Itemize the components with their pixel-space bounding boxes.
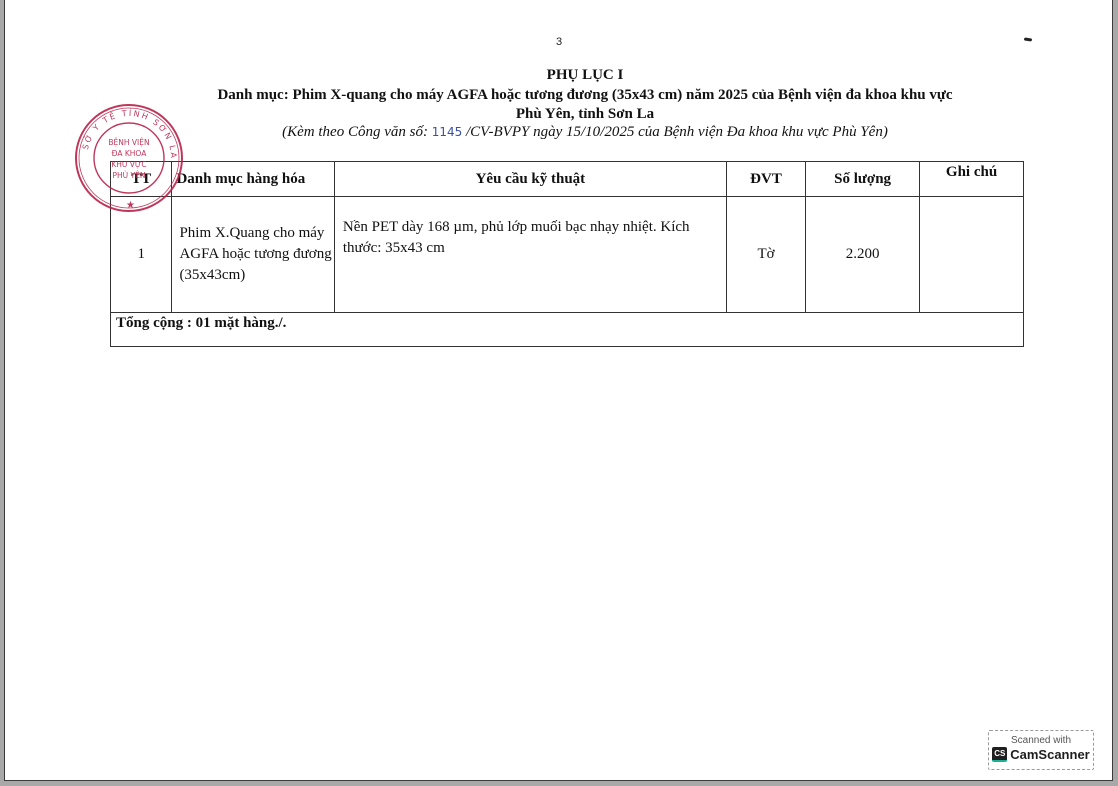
hospital-seal-stamp: SỞ Y TẾ TỈNH SƠN LA BỆNH VIỆN ĐA KHOA KH… — [74, 103, 184, 213]
subtitle-text: : Phim X-quang cho máy AGFA hoặc tương đ… — [284, 87, 953, 103]
goods-table: TT Danh mục hàng hóa Yêu cầu kỹ thuật ĐV… — [110, 161, 1024, 347]
cell-note — [920, 197, 1024, 313]
camscanner-brand: CS CamScanner — [989, 747, 1093, 762]
camscanner-name: CamScanner — [1010, 747, 1089, 762]
table-row: 1 Phim X.Quang cho máy AGFA hoặc tương đ… — [111, 197, 1024, 313]
reference-suffix: /CV-BVPY ngày 15/10/2025 của Bệnh viện Đ… — [462, 124, 888, 140]
header-spec: Yêu cầu kỹ thuật — [334, 162, 726, 197]
stamp-line-2: ĐA KHOA — [112, 149, 148, 158]
camscanner-watermark: Scanned with CS CamScanner — [988, 730, 1094, 770]
header-quantity: Số lượng — [806, 162, 920, 197]
scanned-with-label: Scanned with — [989, 735, 1093, 746]
header-note: Ghi chú — [920, 162, 1024, 197]
page-number: 3 — [0, 36, 1118, 48]
stamp-line-3: KHU VỰC — [111, 160, 146, 169]
cell-spec: Nền PET dày 168 µm, phủ lớp muối bạc nhạ… — [334, 197, 726, 313]
cell-tt: 1 — [111, 197, 172, 313]
stamp-line-1: BỆNH VIỆN — [108, 138, 149, 147]
total-text: Tổng cộng : 01 mặt hàng./. — [111, 313, 1024, 347]
reference-prefix: (Kèm theo Công văn số: — [282, 124, 432, 140]
table-header-row: TT Danh mục hàng hóa Yêu cầu kỹ thuật ĐV… — [111, 162, 1024, 197]
subtitle-line2: Phù Yên, tỉnh Sơn La — [516, 106, 654, 122]
cell-goods: Phim X.Quang cho máy AGFA hoặc tương đươ… — [172, 197, 334, 313]
cell-unit: Tờ — [726, 197, 805, 313]
appendix-title: PHỤ LỤC I — [0, 67, 1118, 84]
reference-number: 1145 — [432, 125, 463, 139]
stamp-line-4: PHÙ YÊN — [113, 171, 146, 180]
header-goods: Danh mục hàng hóa — [172, 162, 334, 197]
subtitle-label: Danh mục — [217, 87, 283, 103]
star-icon: ★ — [126, 200, 135, 211]
camscanner-logo-icon: CS — [992, 747, 1007, 762]
header-unit: ĐVT — [726, 162, 805, 197]
cell-quantity: 2.200 — [806, 197, 920, 313]
total-row: Tổng cộng : 01 mặt hàng./. — [111, 313, 1024, 347]
